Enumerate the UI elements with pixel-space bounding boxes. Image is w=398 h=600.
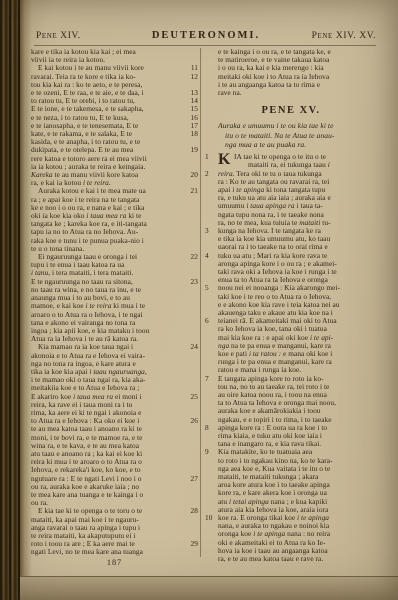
verse-number: 20 [191,171,198,179]
chapter-14-continuation: e te kainga i o ou ra, e te tangata ke, … [205,48,377,97]
text-line: ngati Levi, no te mea kare ana tuanga [31,548,198,556]
scanned-book-page: Pene XIV. DEUTERONOMI. Pene XIV. XV. kar… [0,0,398,600]
line-text: ra, e te au mea katoa taau e rave ra. [218,554,323,563]
verse-number: 28 [184,507,198,515]
page-number: 187 [31,558,198,567]
text-line: te mea kare ana tuanga e te kainga i o [31,491,198,499]
verse-number: 9 [205,448,209,456]
line-text: nga mua a te au puaka ra. [225,140,306,149]
line-text: Auraka e umuumu i te ou kia tae ki te [218,121,334,130]
running-header: Pene XIV. DEUTERONOMI. Pene XIV. XV. [36,31,376,44]
column-divider [200,48,201,557]
text-line: rave na. [205,89,377,97]
running-header-right: Pene XIV. XV. [312,31,376,41]
verse-number: 4 [205,252,209,260]
verse-number: 10 [205,514,212,522]
book-binding [0,0,20,600]
line-text: itu o te mataiti. Na te Atua te anau- [225,131,335,140]
header-rule [34,45,376,46]
text-line: Auraka e umuumu i te ou kia tae ki te [205,121,377,130]
verse-number: 1 [205,153,209,161]
verse-number: 26 [191,417,198,425]
verse-number: 27 [191,475,198,483]
right-text-column: e te kainga i o ou ra, e te tangata ke, … [205,48,377,563]
text-line: itu o te mataiti. Na te Atua te anau- [205,131,377,140]
verse-number: 25 [191,393,198,401]
verse-number: 29 [191,540,198,548]
chapter-15-body: K 1IA tae ki te openga o te itu o temata… [205,153,377,563]
line-text: ngati Levi, no te mea kare ana tuanga [31,547,143,556]
verse-number: 6 [205,317,209,325]
verse-number: 12 [191,73,198,81]
verse-number: 22 [184,253,198,261]
chapter-summary: Auraka e umuumu i te ou kia tae ki teitu… [205,121,377,149]
text-line: ra, e te au mea katoa taau e rave ra. [205,555,377,563]
page-bottom-edge [20,576,398,600]
verse-number: 19 [191,146,198,154]
verse-number: 2 [205,170,209,178]
verse-number: 3 [205,227,209,235]
verse-number: 21 [184,187,198,195]
verse-number: 23 [191,278,198,286]
verse-number: 24 [184,343,198,351]
verse-number: 8 [205,424,209,432]
line-text: rave na. [218,88,242,97]
chapter-heading: PENE XV. [205,105,377,116]
left-text-column: kare e tika ia kotou kia kai ; ei meavii… [31,48,198,557]
verse-number: 18 [191,130,198,138]
text-line: nga mua a te au puaka ra. [205,140,377,149]
verse-number: 7 [205,375,209,383]
verse-number: 5 [205,284,209,292]
